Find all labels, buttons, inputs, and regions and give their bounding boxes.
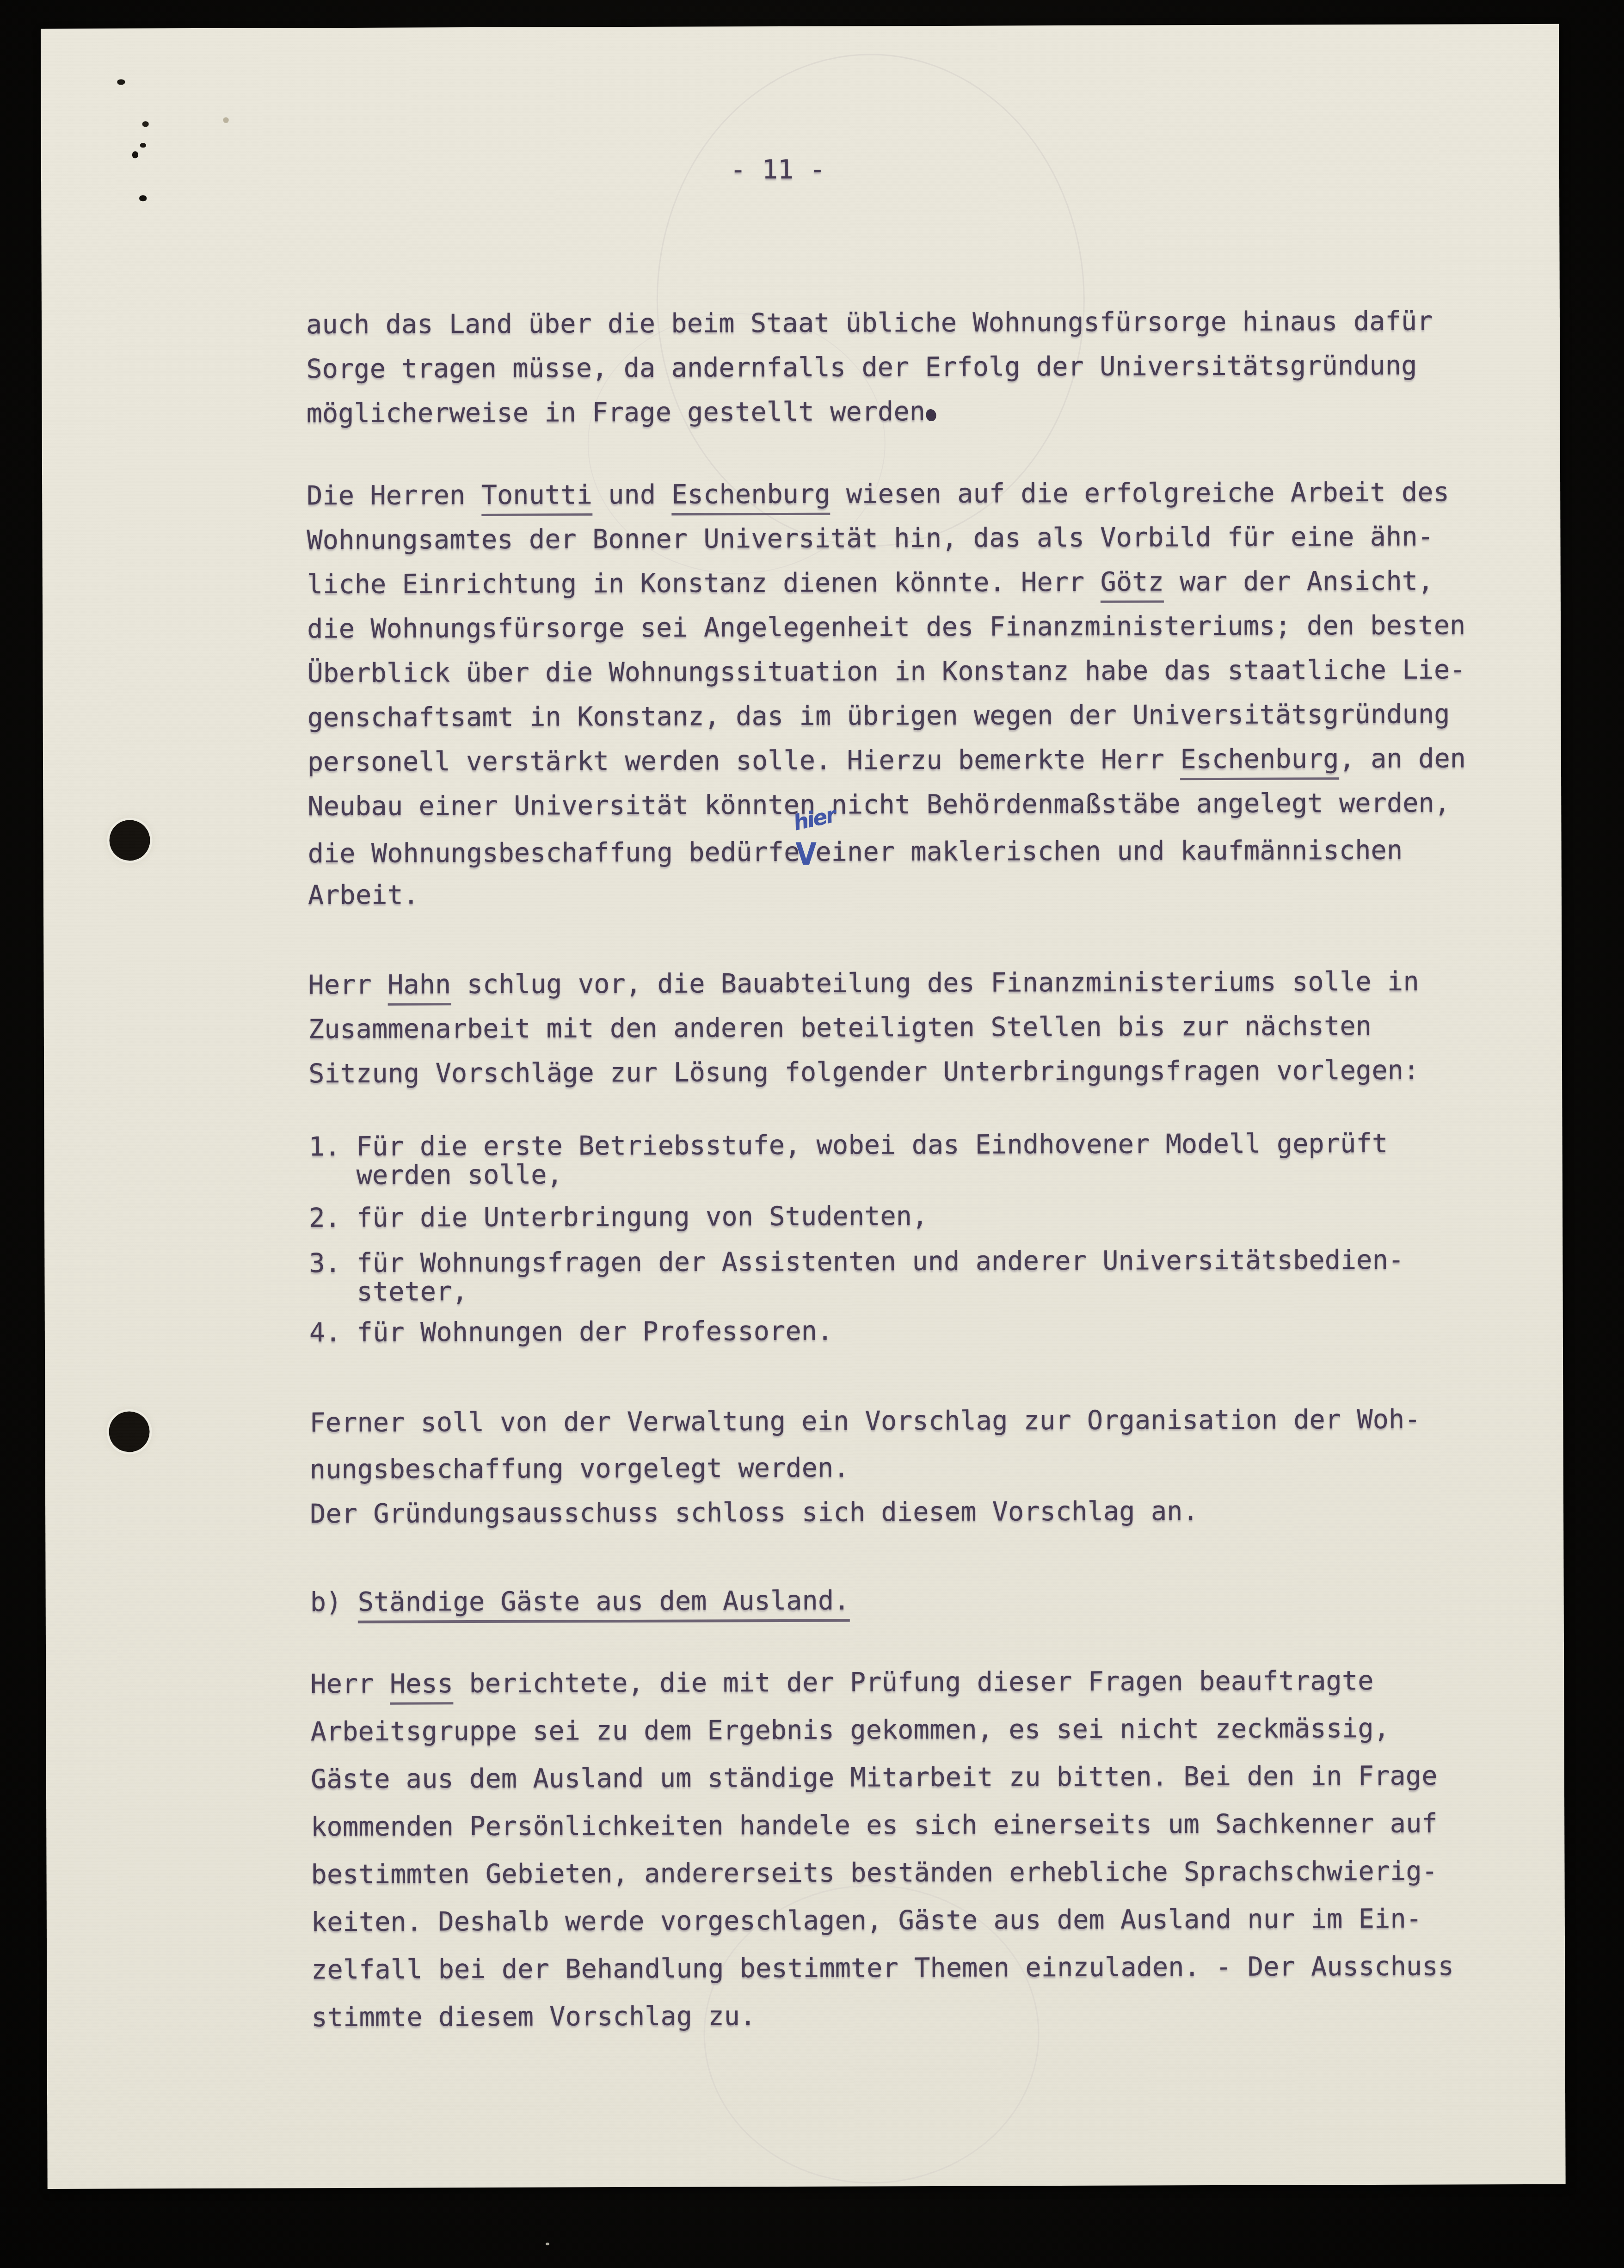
paragraph-2-line: Überblick über die Wohnungssituation in …: [307, 655, 1465, 688]
text-segment: 4. für Wohnungen der Professoren.: [309, 1316, 833, 1348]
section-heading-line: b) Ständige Gäste aus dem Ausland.: [310, 1586, 850, 1617]
paragraph-5-line: bestimmten Gebieten, andererseits bestän…: [311, 1856, 1438, 1890]
paragraph-2-line: die Wohnungsbeschaffung bedürfehierVeine…: [308, 833, 1403, 868]
text-segment: 2. für die Unterbringung von Studenten,: [309, 1201, 928, 1233]
paragraph-3-line: Sitzung Vorschläge zur Lösung folgender …: [308, 1056, 1419, 1089]
text-segment: kommenden Persönlichkeiten handele es si…: [311, 1808, 1438, 1843]
text-segment: Arbeitsgruppe sei zu dem Ergebnis gekomm…: [310, 1713, 1390, 1747]
handwritten-insertion: hierV: [800, 835, 815, 861]
text-segment: steter,: [309, 1276, 468, 1307]
text-segment: Ferner soll von der Verwaltung ein Vorsc…: [309, 1404, 1420, 1438]
paragraph-2-line: Wohnungsamtes der Bonner Universität hin…: [307, 522, 1433, 555]
text-segment: keiten. Deshalb werde vorgeschlagen, Gäs…: [311, 1904, 1422, 1938]
text-segment: Neubau einer Universität könnten nicht B…: [308, 787, 1450, 822]
underlined-text: Eschenburg: [1180, 744, 1339, 780]
text-segment: war der Ansicht,: [1164, 566, 1434, 597]
numbered-list-line: 4. für Wohnungen der Professoren.: [309, 1316, 833, 1348]
text-segment: Die Herren: [307, 480, 481, 511]
text-segment: die Wohnungsfürsorge sei Angelegenheit d…: [307, 610, 1465, 644]
paragraph-5-line: keiten. Deshalb werde vorgeschlagen, Gäs…: [311, 1904, 1422, 1937]
text-segment: Wohnungsamtes der Bonner Universität hin…: [307, 522, 1433, 556]
text-segment: b): [310, 1587, 358, 1617]
insertion-caret-icon: V: [795, 837, 817, 873]
underlined-text: Hess: [390, 1668, 454, 1704]
paragraph-5-line: Herr Hess berichtete, die mit der Prüfun…: [310, 1666, 1373, 1699]
text-segment: auch das Land über die beim Staat üblich…: [306, 306, 1433, 340]
text-segment: wiesen auf die erfolgreiche Arbeit des: [830, 477, 1450, 509]
paragraph-2-line: Die Herren Tonutti und Eschenburg wiesen…: [307, 477, 1449, 510]
text-segment: möglicherweise in Frage gestellt werden: [307, 396, 926, 429]
text-segment: Gäste aus dem Ausland um ständige Mitarb…: [311, 1761, 1438, 1795]
underlined-text: Eschenburg: [671, 479, 830, 516]
numbered-list-line: steter,: [309, 1277, 468, 1307]
text-segment: Arbeit.: [308, 879, 419, 910]
underlined-text: Ständige Gäste aus dem Ausland.: [358, 1586, 850, 1623]
text-segment: einer maklerischen und kaufmännischen: [815, 835, 1403, 867]
text-segment: 3. für Wohnungsfragen der Assistenten un…: [309, 1245, 1404, 1278]
paragraph-4-line: nungsbeschaffung vorgelegt werden.: [310, 1453, 849, 1485]
paragraph-5-line: stimmte diesem Vorschlag zu.: [311, 2001, 756, 2032]
numbered-list-line: 2. für die Unterbringung von Studenten,: [309, 1201, 928, 1233]
paragraph-2-line: Neubau einer Universität könnten nicht B…: [308, 788, 1450, 821]
text-segment: die Wohnungsbeschaffung bedürfe: [308, 837, 800, 869]
text-segment: genschaftsamt in Konstanz, das im übrige…: [308, 699, 1450, 733]
underlined-text: Hahn: [388, 969, 451, 1005]
paper-page: - 11 -auch das Land über die beim Staat …: [41, 24, 1566, 2189]
text-segment: Der Gründungsausschuss schloss sich dies…: [310, 1496, 1199, 1529]
paragraph-2-line: Arbeit.: [308, 880, 419, 910]
text-segment: stimmte diesem Vorschlag zu.: [311, 2001, 756, 2033]
paragraph-2-line: genschaftsamt in Konstanz, das im übrige…: [308, 699, 1450, 732]
text-segment: 1. Für die erste Betriebsstufe, wobei da…: [308, 1128, 1388, 1162]
scanned-document-screenshot: { "colors":{ "scan_background":"#0b0a09"…: [0, 0, 1624, 2268]
text-segment: berichtete, die mit der Prüfung dieser F…: [453, 1666, 1374, 1699]
paragraph-1-line: Sorge tragen müsse, da andernfalls der E…: [306, 351, 1417, 384]
text-segment: schlug vor, die Bauabteilung des Finanzm…: [451, 966, 1419, 1000]
text-segment: Sorge tragen müsse, da andernfalls der E…: [306, 350, 1417, 385]
paragraph-4-line: Der Gründungsausschuss schloss sich dies…: [310, 1496, 1199, 1529]
paragraph-3-line: Herr Hahn schlug vor, die Bauabteilung d…: [308, 967, 1419, 1000]
paragraph-3-line: Zusammenarbeit mit den anderen beteiligt…: [308, 1011, 1372, 1044]
text-segment: , an den: [1339, 743, 1466, 774]
text-segment: zelfall bei der Behandlung bestimmter Th…: [311, 1951, 1454, 1985]
numbered-list-line: 1. Für die erste Betriebsstufe, wobei da…: [308, 1129, 1388, 1162]
typewritten-text-layer: - 11 -auch das Land über die beim Staat …: [41, 24, 1566, 2189]
text-segment: Sitzung Vorschläge zur Lösung folgender …: [308, 1055, 1419, 1089]
paragraph-2-line: die Wohnungsfürsorge sei Angelegenheit d…: [307, 610, 1465, 644]
paragraph-5-line: kommenden Persönlichkeiten handele es si…: [311, 1809, 1438, 1842]
numbered-list-line: werden solle,: [309, 1160, 563, 1190]
paragraph-2-line: personell verstärkt werden solle. Hierzu…: [308, 744, 1466, 777]
dust-speck: [546, 2243, 549, 2245]
paragraph-2-line: liche Einrichtung in Konstanz dienen kön…: [307, 566, 1434, 600]
page-number-line: - 11 -: [730, 155, 825, 185]
text-segment: - 11 -: [730, 154, 825, 185]
text-segment: liche Einrichtung in Konstanz dienen kön…: [307, 567, 1101, 600]
paragraph-5-line: Gäste aus dem Ausland um ständige Mitarb…: [311, 1761, 1438, 1795]
numbered-list-line: 3. für Wohnungsfragen der Assistenten un…: [309, 1245, 1404, 1278]
text-segment: Herr: [308, 970, 388, 1001]
text-segment: werden solle,: [309, 1159, 563, 1191]
text-segment: personell verstärkt werden solle. Hierzu…: [308, 744, 1181, 777]
text-segment: und: [592, 479, 672, 510]
paragraph-5-line: zelfall bei der Behandlung bestimmter Th…: [311, 1951, 1454, 1985]
paragraph-1-line: möglicherweise in Frage gestellt werden: [307, 397, 937, 428]
paragraph-4-line: Ferner soll von der Verwaltung ein Vorsc…: [309, 1405, 1420, 1438]
paragraph-1-line: auch das Land über die beim Staat üblich…: [306, 307, 1433, 340]
underlined-text: Götz: [1101, 566, 1164, 602]
ink-blot: [926, 409, 936, 421]
paragraph-5-line: Arbeitsgruppe sei zu dem Ergebnis gekomm…: [310, 1714, 1390, 1746]
underlined-text: Tonutti: [481, 479, 592, 516]
text-segment: Zusammenarbeit mit den anderen beteiligt…: [308, 1011, 1372, 1045]
text-segment: Überblick über die Wohnungssituation in …: [307, 654, 1465, 688]
text-segment: nungsbeschaffung vorgelegt werden.: [310, 1453, 849, 1485]
text-segment: bestimmten Gebieten, andererseits bestän…: [311, 1856, 1438, 1890]
text-segment: Herr: [310, 1669, 390, 1700]
